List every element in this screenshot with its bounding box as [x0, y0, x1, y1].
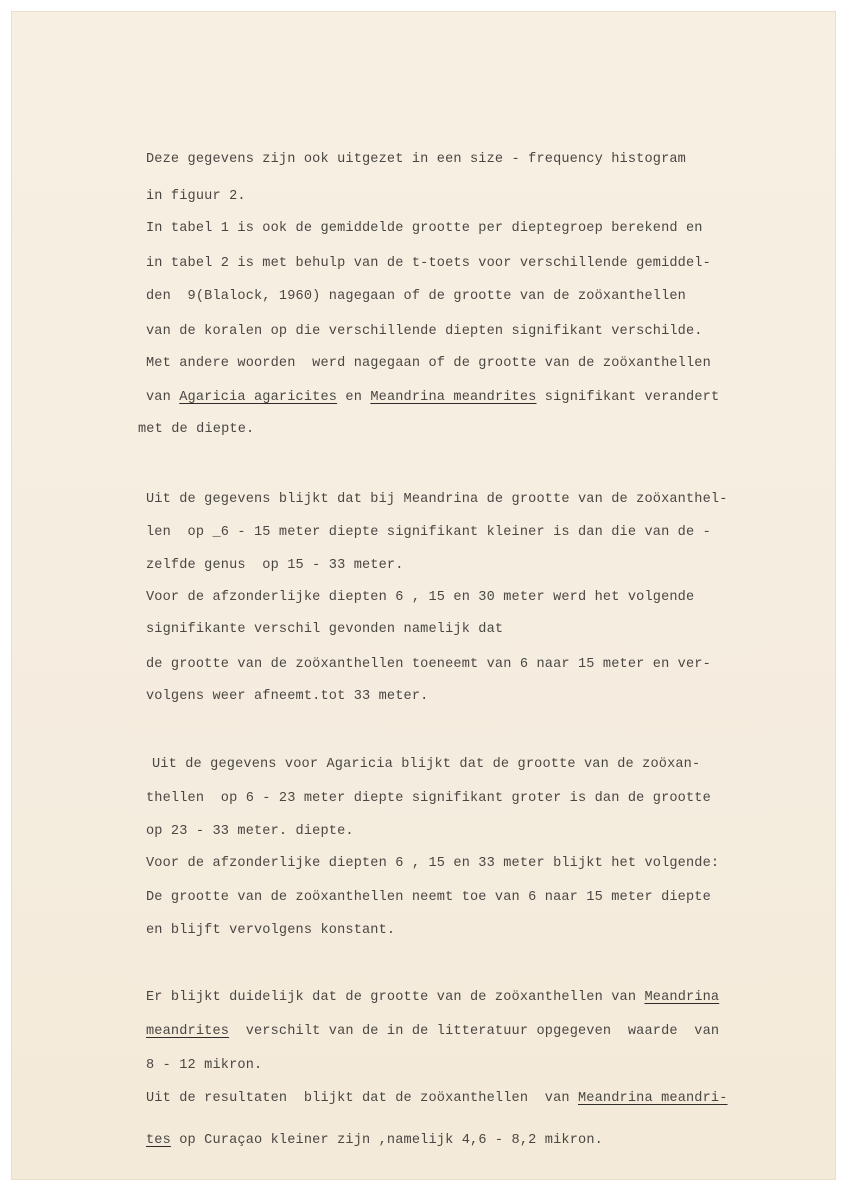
- underlined-species-name: Meandrina meandrites: [370, 390, 536, 405]
- text-line: van Agaricia agaricites en Meandrina mea…: [146, 390, 719, 406]
- text-segment: signifikant verandert: [536, 390, 719, 405]
- underlined-species-name: meandrites: [146, 1024, 229, 1039]
- text-segment: Er blijkt duidelijk dat de grootte van d…: [146, 990, 644, 1005]
- text-line: Met andere woorden werd nagegaan of de g…: [146, 356, 711, 372]
- text-segment: op Curaçao kleiner zijn ,namelijk 4,6 - …: [171, 1133, 603, 1148]
- text-line: signifikante verschil gevonden namelijk …: [146, 622, 503, 638]
- text-line: 8 - 12 mikron.: [146, 1058, 262, 1074]
- text-line: thellen op 6 - 23 meter diepte signifika…: [146, 791, 711, 807]
- text-segment: verschilt van de in de litteratuur opgeg…: [229, 1024, 719, 1039]
- text-line: Voor de afzonderlijke diepten 6 , 15 en …: [146, 856, 719, 872]
- text-line: in figuur 2.: [146, 189, 246, 205]
- text-segment: Uit de resultaten blijkt dat de zoöxanth…: [146, 1091, 578, 1106]
- underlined-species-name: tes: [146, 1133, 171, 1148]
- text-line: van de koralen op die verschillende diep…: [146, 324, 703, 340]
- text-line: den 9(Blalock, 1960) nagegaan of de groo…: [146, 289, 686, 305]
- text-line: en blijft vervolgens konstant.: [146, 923, 395, 939]
- text-line: met de diepte.: [138, 422, 254, 438]
- text-line: zelfde genus op 15 - 33 meter.: [146, 558, 404, 574]
- text-segment: en: [337, 390, 370, 405]
- text-line: len op _6 - 15 meter diepte signifikant …: [146, 525, 711, 541]
- underlined-species-name: Meandrina meandri-: [578, 1091, 728, 1106]
- text-line: volgens weer afneemt.tot 33 meter.: [146, 689, 428, 705]
- underlined-species-name: Meandrina: [644, 990, 719, 1005]
- text-line: Uit de resultaten blijkt dat de zoöxanth…: [146, 1091, 728, 1107]
- text-line: de grootte van de zoöxanthellen toeneemt…: [146, 657, 711, 673]
- text-line: In tabel 1 is ook de gemiddelde grootte …: [146, 221, 703, 237]
- text-line: tes op Curaçao kleiner zijn ,namelijk 4,…: [146, 1133, 603, 1149]
- text-line: Uit de gegevens voor Agaricia blijkt dat…: [152, 757, 700, 773]
- typewritten-page: Deze gegevens zijn ook uitgezet in een s…: [11, 11, 836, 1180]
- text-line: Deze gegevens zijn ook uitgezet in een s…: [146, 152, 686, 168]
- text-line: Voor de afzonderlijke diepten 6 , 15 en …: [146, 590, 694, 606]
- text-line: Er blijkt duidelijk dat de grootte van d…: [146, 990, 719, 1006]
- text-line: op 23 - 33 meter. diepte.: [146, 824, 354, 840]
- text-segment: van: [146, 390, 179, 405]
- text-line: meandrites verschilt van de in de litter…: [146, 1024, 719, 1040]
- text-line: in tabel 2 is met behulp van de t-toets …: [146, 256, 711, 272]
- text-line: De grootte van de zoöxanthellen neemt to…: [146, 890, 711, 906]
- underlined-species-name: Agaricia agaricites: [179, 390, 337, 405]
- text-line: Uit de gegevens blijkt dat bij Meandrina…: [146, 492, 728, 508]
